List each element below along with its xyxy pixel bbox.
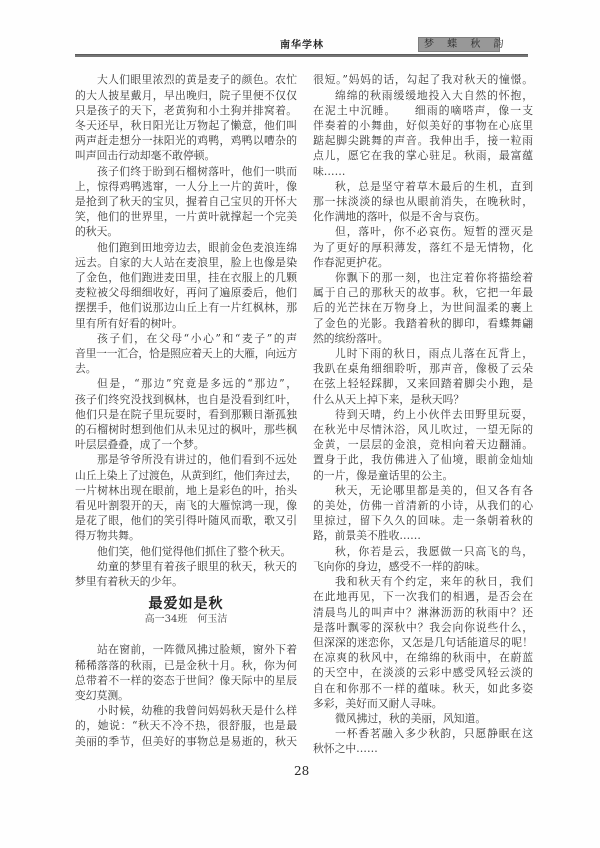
text-line: 只是孩子的天下，老黄狗和小土狗并排窝着。: [75, 103, 297, 118]
text-line: 的一片，像是童话里的公主。: [313, 468, 533, 483]
text-line: 秋天，无论哪里都是美的，但又各有各: [313, 483, 533, 498]
text-line: 孩子们，在父母“小心”和“麦子”的声: [75, 331, 297, 346]
text-line: 但，落叶，你不必哀伤。短暂的湮灭是: [313, 224, 533, 239]
text-line: 然的缤纷落叶。: [313, 331, 533, 346]
text-line: 大人们眼里浓烈的黄是麦子的颜色。农忙: [75, 72, 297, 87]
text-line: 化作满地的落叶，似是不舍与哀伤。: [313, 209, 533, 224]
text-line: 的美处，仿佛一首清新的小诗，从我们的心: [313, 498, 533, 513]
text-line: 的天空中，在淡淡的云彩中感受风轻云淡的: [313, 665, 533, 680]
text-line: 的石榴树时想到他们从未见过的枫叶，那些枫: [75, 422, 297, 437]
text-line: 山丘上染上了过渡色，从黄到红，他们奔过去，: [75, 468, 297, 483]
text-line: 后的光芒抹在万物身上，为世间温柔的裹上: [313, 300, 533, 315]
text-line: 幼童的梦里有着孩子眼里的秋天，秋天的: [75, 559, 297, 574]
text-line: 冬天还早，秋日阳光让万物起了懒意，他们叫: [75, 118, 297, 133]
page-number: 28: [294, 764, 309, 778]
text-line: 什么从天上掉下来，是秋天吗？: [313, 392, 533, 407]
text-line: 一片树林出现在眼前，地上是彩色的叶，抬头: [75, 483, 297, 498]
text-line: 两声赶走想分一抹阳光的鸡鸭，鸡鸭以嘈杂的: [75, 133, 297, 148]
text-line: 在凉爽的秋风中，在绵绵的秋雨中，在蔚蓝: [313, 650, 533, 665]
section-title-badge: 梦 蝶 秋 韵: [418, 37, 500, 52]
article-2-body-left: 站在窗前，一阵微风拂过脸颊，窗外下着稀稀落落的秋雨，已是金秋十月。秋，你为何总带…: [75, 642, 297, 748]
text-line: 秋，你若是云，我愿做一只高飞的鸟，: [313, 544, 533, 559]
text-line: 秋怀之中……: [313, 741, 533, 756]
text-line: 是花了眼，他们的笑引得叶随风而歌，歌又引: [75, 513, 297, 528]
text-line: 叶层层叠叠，成了一个梦。: [75, 437, 297, 452]
journal-name: 南华学林: [280, 39, 324, 53]
text-line: 微风拂过，秋的美丽，风知道。: [313, 711, 533, 726]
text-line: 他们跑到田地旁边去，眼前金色麦浪连绵: [75, 240, 297, 255]
text-line: 我趴在桌角细细聆听，那声音，像极了云朵: [313, 361, 533, 376]
text-line: 很短。”妈妈的话，勾起了我对秋天的憧憬。: [313, 72, 533, 87]
text-line: 里掠过，留下久久的回味。走一条朝着秋的: [313, 513, 533, 528]
text-line: 孩子们终究没找到枫林，也自是没看到红叶，: [75, 392, 297, 407]
text-line: 金黄，一层层的金浪，竞相向着天边翻涌。: [313, 437, 533, 452]
text-line: 在秋光中尽情沐浴，风儿吹过，一望无际的: [313, 422, 533, 437]
text-line: 为了更好的厚积薄发，落红不是无情物，化: [313, 240, 533, 255]
text-line: 远去。自家的大人站在麦浪里，脸上也像是染: [75, 255, 297, 270]
text-line: 的，她说：“秋天不冷不热，很舒服，也是最: [75, 718, 297, 733]
text-line: 在此地再见，下一次我们的相遇，是否会在: [313, 589, 533, 604]
text-line: 那是爷爷所没有讲过的，他们看到不远处: [75, 452, 297, 467]
text-line: 稀稀落落的秋雨，已是金秋十月。秋，你为何: [75, 658, 297, 673]
text-line: 里有所有好看的树叶。: [75, 316, 297, 331]
text-line: 点儿，愿它在我的掌心驻足。秋雨，最富蕴: [313, 148, 533, 163]
article-byline: 高一34班 何玉洁: [75, 612, 297, 627]
document-page: 南华学林 梦 蝶 秋 韵 大人们眼里浓烈的黄是麦子的颜色。农忙的大人披星戴月，早…: [0, 0, 600, 848]
article-title: 最爱如是秋: [75, 596, 297, 612]
text-line: 但深深的迷恋你，又怎是几句话能道尽的呢！: [313, 635, 533, 650]
text-line: 绵绵的秋雨缓缓地投入大自然的怀抱，: [313, 88, 533, 103]
text-line: 伴奏着的小舞曲，好似美好的事物在心底里: [313, 118, 533, 133]
text-line: 他们笑，他们觉得他们抓住了整个秋天。: [75, 544, 297, 559]
text-line: 你飘下的那一刻，也注定着你将描绘着: [313, 270, 533, 285]
text-line: 上，惊得鸡鸭逃窜，一人分上一片的黄叶，像: [75, 179, 297, 194]
text-line: 变幻莫测。: [75, 688, 297, 703]
text-line: 叫声回击行动却毫不敢停顿。: [75, 148, 297, 163]
text-line: 多彩，美好而又耐人寻味。: [313, 696, 533, 711]
text-line: 梦里有着秋天的少年。: [75, 574, 297, 589]
text-line: 待到天晴，约上小伙伴去田野里玩耍，: [313, 407, 533, 422]
text-line: 音里一一汇合，恰是照应着天上的大雁，向远方: [75, 346, 297, 361]
text-line: 了金色的光影。我踏着秋的脚印，看蝶舞翩: [313, 316, 533, 331]
text-line: 清晨鸟儿的叫声中？淋淋沥沥的秋雨中？还: [313, 605, 533, 620]
text-line: 在弦上轻轻踩脚，又来回踏着脚尖小跑，是: [313, 376, 533, 391]
text-line: 孩子们终于盼到石榴树落叶，他们一哄而: [75, 164, 297, 179]
text-line: 得万物共舞。: [75, 528, 297, 543]
text-line: 路，前景美不胜收……: [313, 528, 533, 543]
text-line: 他们只是在院子里玩耍时，看到那颗日渐孤独: [75, 407, 297, 422]
text-line: 总带着不一样的姿态于世间？像天际中的星辰: [75, 673, 297, 688]
text-line: 那一抹淡淡的绿也从眼前消失，在晚秋时，: [313, 194, 533, 209]
text-line: 看见叶割裂开的天，南飞的大雁惊鸿一现，像: [75, 498, 297, 513]
text-line: 置身于此，我仿佛进入了仙境，眼前金灿灿: [313, 452, 533, 467]
text-line: 儿时下雨的秋日，雨点儿落在瓦背上，: [313, 346, 533, 361]
text-line: 小时候，幼稚的我曾问妈妈秋天是什么样: [75, 703, 297, 718]
text-line: 味……: [313, 164, 533, 179]
text-line: 的大人披星戴月，早出晚归，院子里便不仅仅: [75, 88, 297, 103]
article-2-body-right: 很短。”妈妈的话，勾起了我对秋天的憧憬。绵绵的秋雨缓缓地投入大自然的怀抱，在泥土…: [313, 72, 533, 756]
text-line: 是抢到了秋天的宝贝，握着自己宝贝的开怀大: [75, 194, 297, 209]
text-line: 属于自己的那秋天的故事。秋，它把一年最: [313, 285, 533, 300]
text-line: 飞向你的身边，感受不一样的韵味。: [313, 559, 533, 574]
text-line: 在泥土中沉睡。 细雨的嘀嗒声，像一支: [313, 103, 533, 118]
text-line: 踮起脚尖跳舞的声音。我伸出手，接一粒雨: [313, 133, 533, 148]
text-line: 秋，总是坚守着草木最后的生机，直到: [313, 179, 533, 194]
text-line: 摆摆手，他们说那边山丘上有一片红枫林，那: [75, 300, 297, 315]
text-line: 的秋天。: [75, 224, 297, 239]
text-line: 作春泥更护花。: [313, 255, 533, 270]
text-line: 笑，他们的世界里，一片黄叶就撑起一个完美: [75, 209, 297, 224]
text-line: 麦粒被父母细细收好，再问了遍原委后，他们: [75, 285, 297, 300]
article-1-continued-body: 大人们眼里浓烈的黄是麦子的颜色。农忙的大人披星戴月，早出晚归，院子里便不仅仅只是…: [75, 72, 297, 589]
text-line: 一杯香茗融入多少秋韵，只愿静眠在这: [313, 726, 533, 741]
header-divider: [75, 54, 528, 57]
text-line: 美丽的季节，但美好的事物总是易逝的，秋天: [75, 734, 297, 749]
text-line: 是落叶飘零的深秋中？我会向你说些什么，: [313, 620, 533, 635]
text-line: 去。: [75, 361, 297, 376]
text-line: 我和秋天有个约定，来年的秋日，我们: [313, 574, 533, 589]
text-line: 但是，“那边”究竟是多远的“那边”，: [75, 376, 297, 391]
text-line: 站在窗前，一阵微风拂过脸颊，窗外下着: [75, 642, 297, 657]
text-line: 自在和你那不一样的蕴味。秋天，如此多姿: [313, 681, 533, 696]
text-line: 了金色，他们跑进麦田里，挂在衣服上的几颗: [75, 270, 297, 285]
